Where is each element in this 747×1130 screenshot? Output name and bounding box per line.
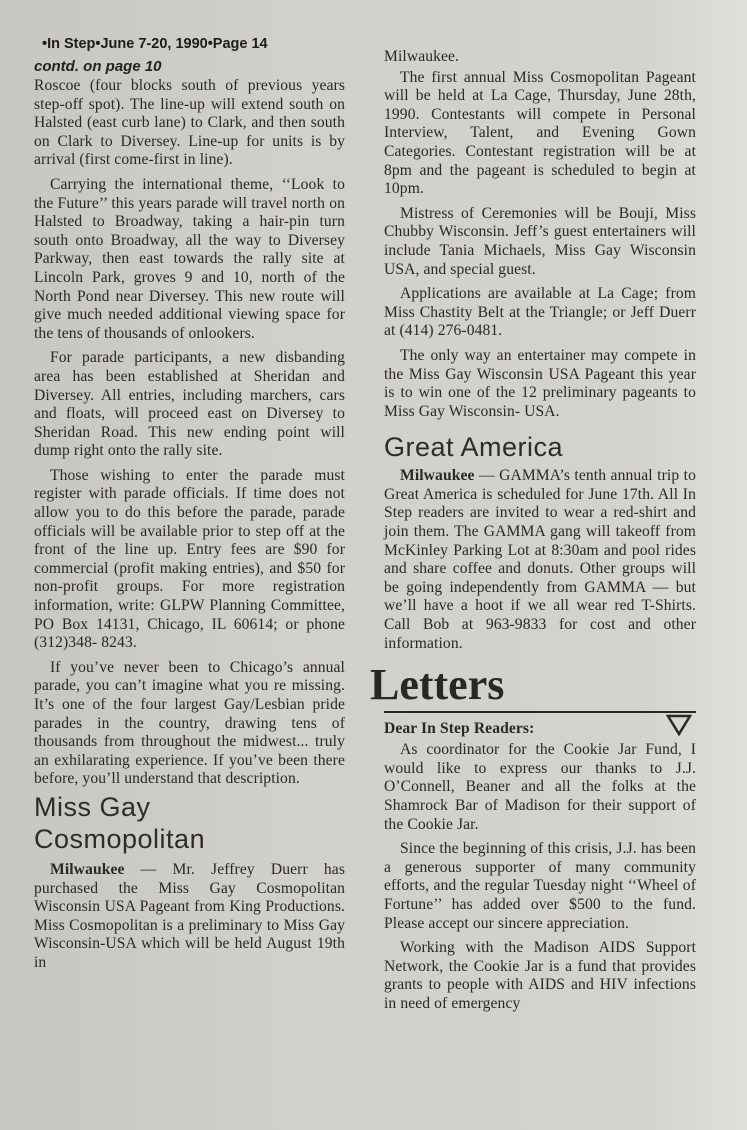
paragraph: If you’ve never been to Chicago’s annual… [34,659,345,789]
paragraph: Milwaukee. [384,48,696,67]
letters-section: Letters Dear In Step Readers: As coordin… [384,661,696,1013]
paragraph: Mistress of Ceremonies will be Bouji, Mi… [384,205,696,279]
right-column: Milwaukee. The first annual Miss Cosmopo… [384,48,696,1020]
paragraph: Carrying the international theme, ‘‘Look… [34,176,345,343]
continued-label: contd. on page 10 [34,58,162,75]
miss-gay-article-continued: Milwaukee. The first annual Miss Cosmopo… [384,48,696,421]
paragraph: Applications are available at La Cage; f… [384,285,696,341]
headline: Miss Gay Cosmopolitan [34,791,345,855]
paragraph: Since the beginning of this crisis, J.J.… [384,840,696,933]
paragraph: Milwaukee — GAMMA’s tenth annual trip to… [384,467,696,653]
paragraph: Roscoe (four blocks south of previous ye… [34,77,345,170]
dateline: Milwaukee [400,467,475,484]
miss-gay-article: Miss Gay Cosmopolitan Milwaukee — Mr. Je… [34,791,345,973]
paragraph: The first annual Miss Cosmopolitan Pagea… [384,69,696,199]
salutation: Dear In Step Readers: [384,719,696,738]
masthead: •In Step•June 7-20, 1990•Page 14 [42,36,268,52]
body-text: — GAMMA’s tenth annual trip to Great Ame… [384,467,696,651]
section-title: Letters [370,661,696,709]
lead-paragraph: Milwaukee — Mr. Jeffrey Duerr has purcha… [34,861,345,973]
paragraph: Those wishing to enter the parade must r… [34,467,345,653]
parade-article: Roscoe (four blocks south of previous ye… [34,77,345,789]
headline: Great America [384,431,696,463]
paragraph: As coordinator for the Cookie Jar Fund, … [384,741,696,834]
paragraph: Working with the Madison AIDS Support Ne… [384,939,696,1013]
triangle-icon [666,714,692,736]
dateline: Milwaukee [50,861,125,878]
left-column: Roscoe (four blocks south of previous ye… [34,77,345,973]
paragraph: For parade participants, a new disbandin… [34,349,345,461]
great-america-article: Great America Milwaukee — GAMMA’s tenth … [384,431,696,653]
paragraph: The only way an entertainer may compete … [384,347,696,421]
headline-line-1: Miss Gay [34,792,151,822]
divider [384,711,696,713]
headline-line-2: Cosmopolitan [34,824,205,854]
